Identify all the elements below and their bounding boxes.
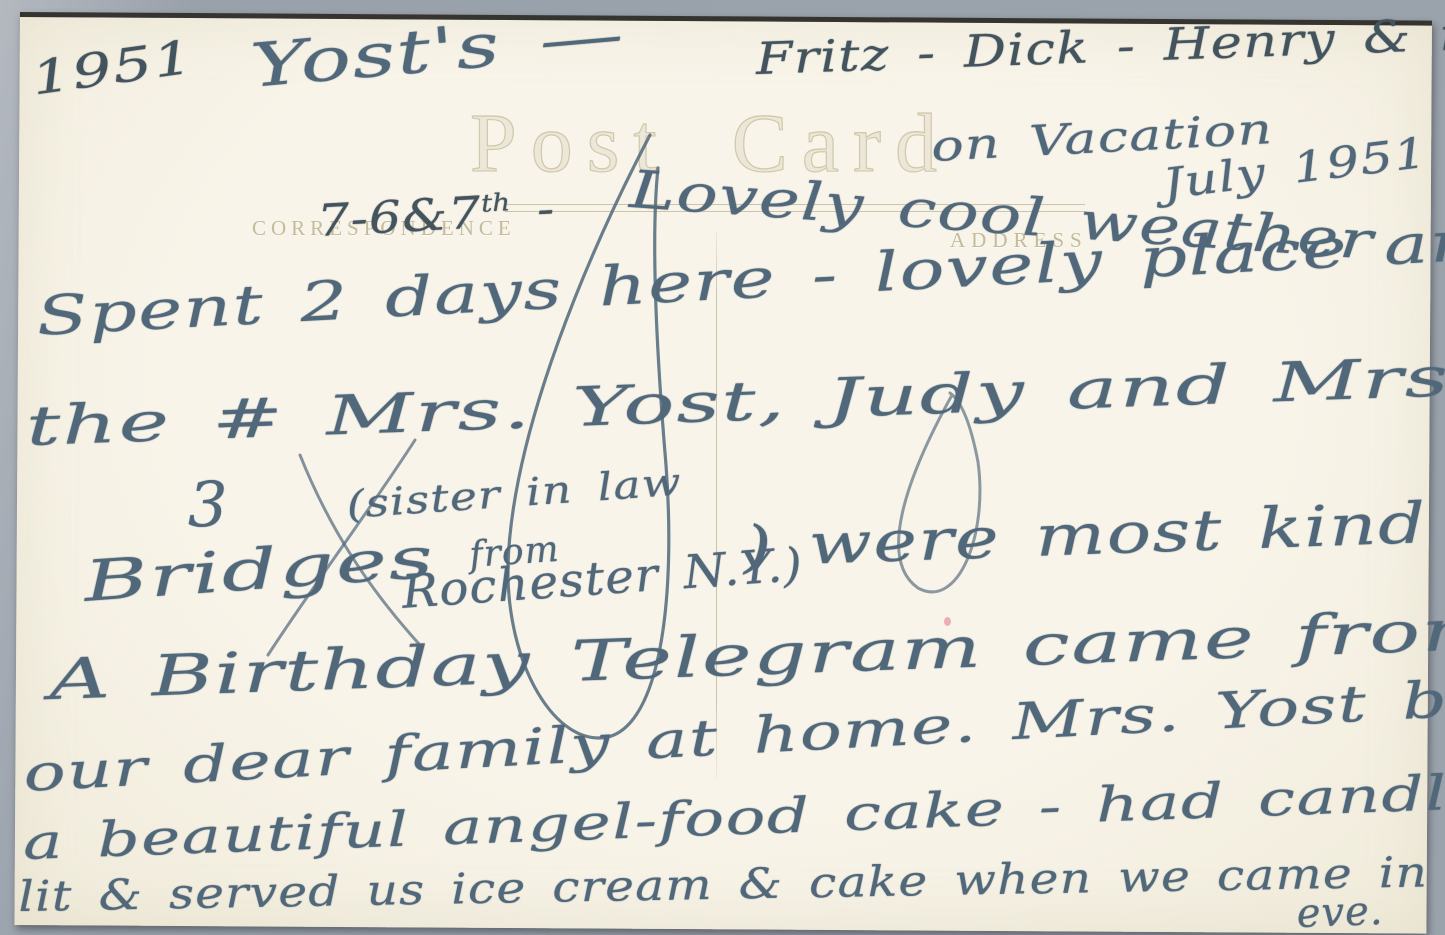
- hw-insert-3: 3: [188, 468, 228, 541]
- hw-eve: eve.: [1296, 888, 1384, 935]
- hw-day-dash: -: [509, 184, 556, 237]
- hw-day-ordinal: th: [480, 188, 511, 217]
- center-divider-line: [716, 232, 717, 780]
- hw-day-prefix: 7-6&7: [316, 187, 483, 247]
